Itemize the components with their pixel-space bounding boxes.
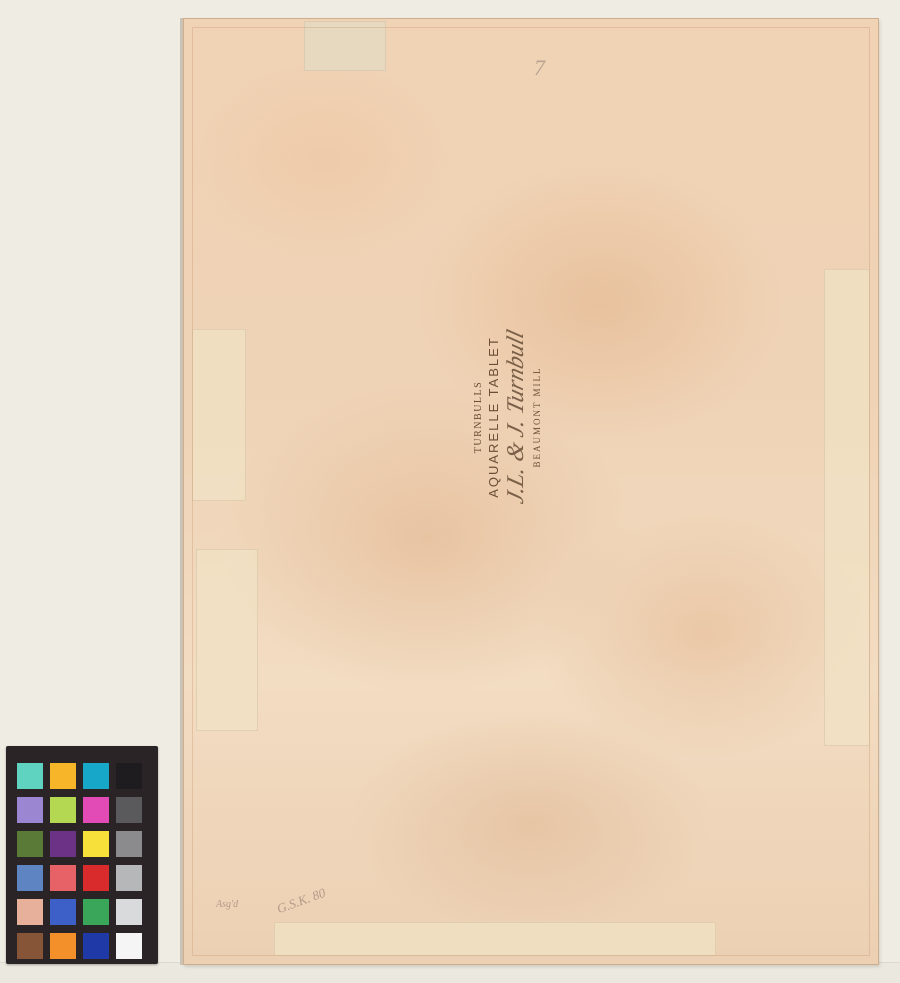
color-swatch xyxy=(116,797,142,823)
color-swatch xyxy=(17,933,43,959)
color-swatch xyxy=(83,831,109,857)
color-swatch xyxy=(83,865,109,891)
stamp-mill: BEAUMONT MILL xyxy=(532,366,542,467)
color-swatch xyxy=(50,797,76,823)
color-swatch xyxy=(83,763,109,789)
color-swatch xyxy=(50,899,76,925)
color-swatch xyxy=(116,899,142,925)
color-swatch xyxy=(17,865,43,891)
paper-maker-stamp: TURNBULLS AQUARELLE TABLET J.L. & J. Tur… xyxy=(452,287,562,547)
color-swatch xyxy=(17,899,43,925)
watercolor-sheet-back: TURNBULLS AQUARELLE TABLET J.L. & J. Tur… xyxy=(183,18,879,965)
pencil-note-1: Asg'd xyxy=(216,899,238,910)
color-swatch xyxy=(83,933,109,959)
color-swatch xyxy=(50,933,76,959)
color-swatch xyxy=(83,899,109,925)
color-swatch xyxy=(116,763,142,789)
color-swatch xyxy=(50,865,76,891)
tape-residue-left-lower xyxy=(196,549,258,731)
pencil-note-2: G.S.K. 80 xyxy=(275,885,328,917)
color-swatch xyxy=(116,933,142,959)
color-swatch xyxy=(17,831,43,857)
color-checker-card xyxy=(6,746,158,964)
color-checker-grid xyxy=(17,763,142,959)
pencil-note-3: 7 xyxy=(534,55,545,81)
tape-residue-bottom xyxy=(274,922,716,956)
color-swatch xyxy=(116,831,142,857)
color-swatch xyxy=(50,831,76,857)
color-swatch xyxy=(83,797,109,823)
tape-residue-left-upper xyxy=(192,329,246,501)
stamp-signature: J.L. & J. Turnbull xyxy=(503,327,530,506)
color-swatch xyxy=(17,763,43,789)
stamp-product: AQUARELLE TABLET xyxy=(486,336,501,498)
tape-residue-top xyxy=(304,21,386,71)
color-swatch xyxy=(17,797,43,823)
table-surface-strip xyxy=(0,962,900,983)
tape-residue-right xyxy=(824,269,870,746)
stamp-brand: TURNBULLS xyxy=(473,381,484,453)
color-swatch xyxy=(116,865,142,891)
color-swatch xyxy=(50,763,76,789)
